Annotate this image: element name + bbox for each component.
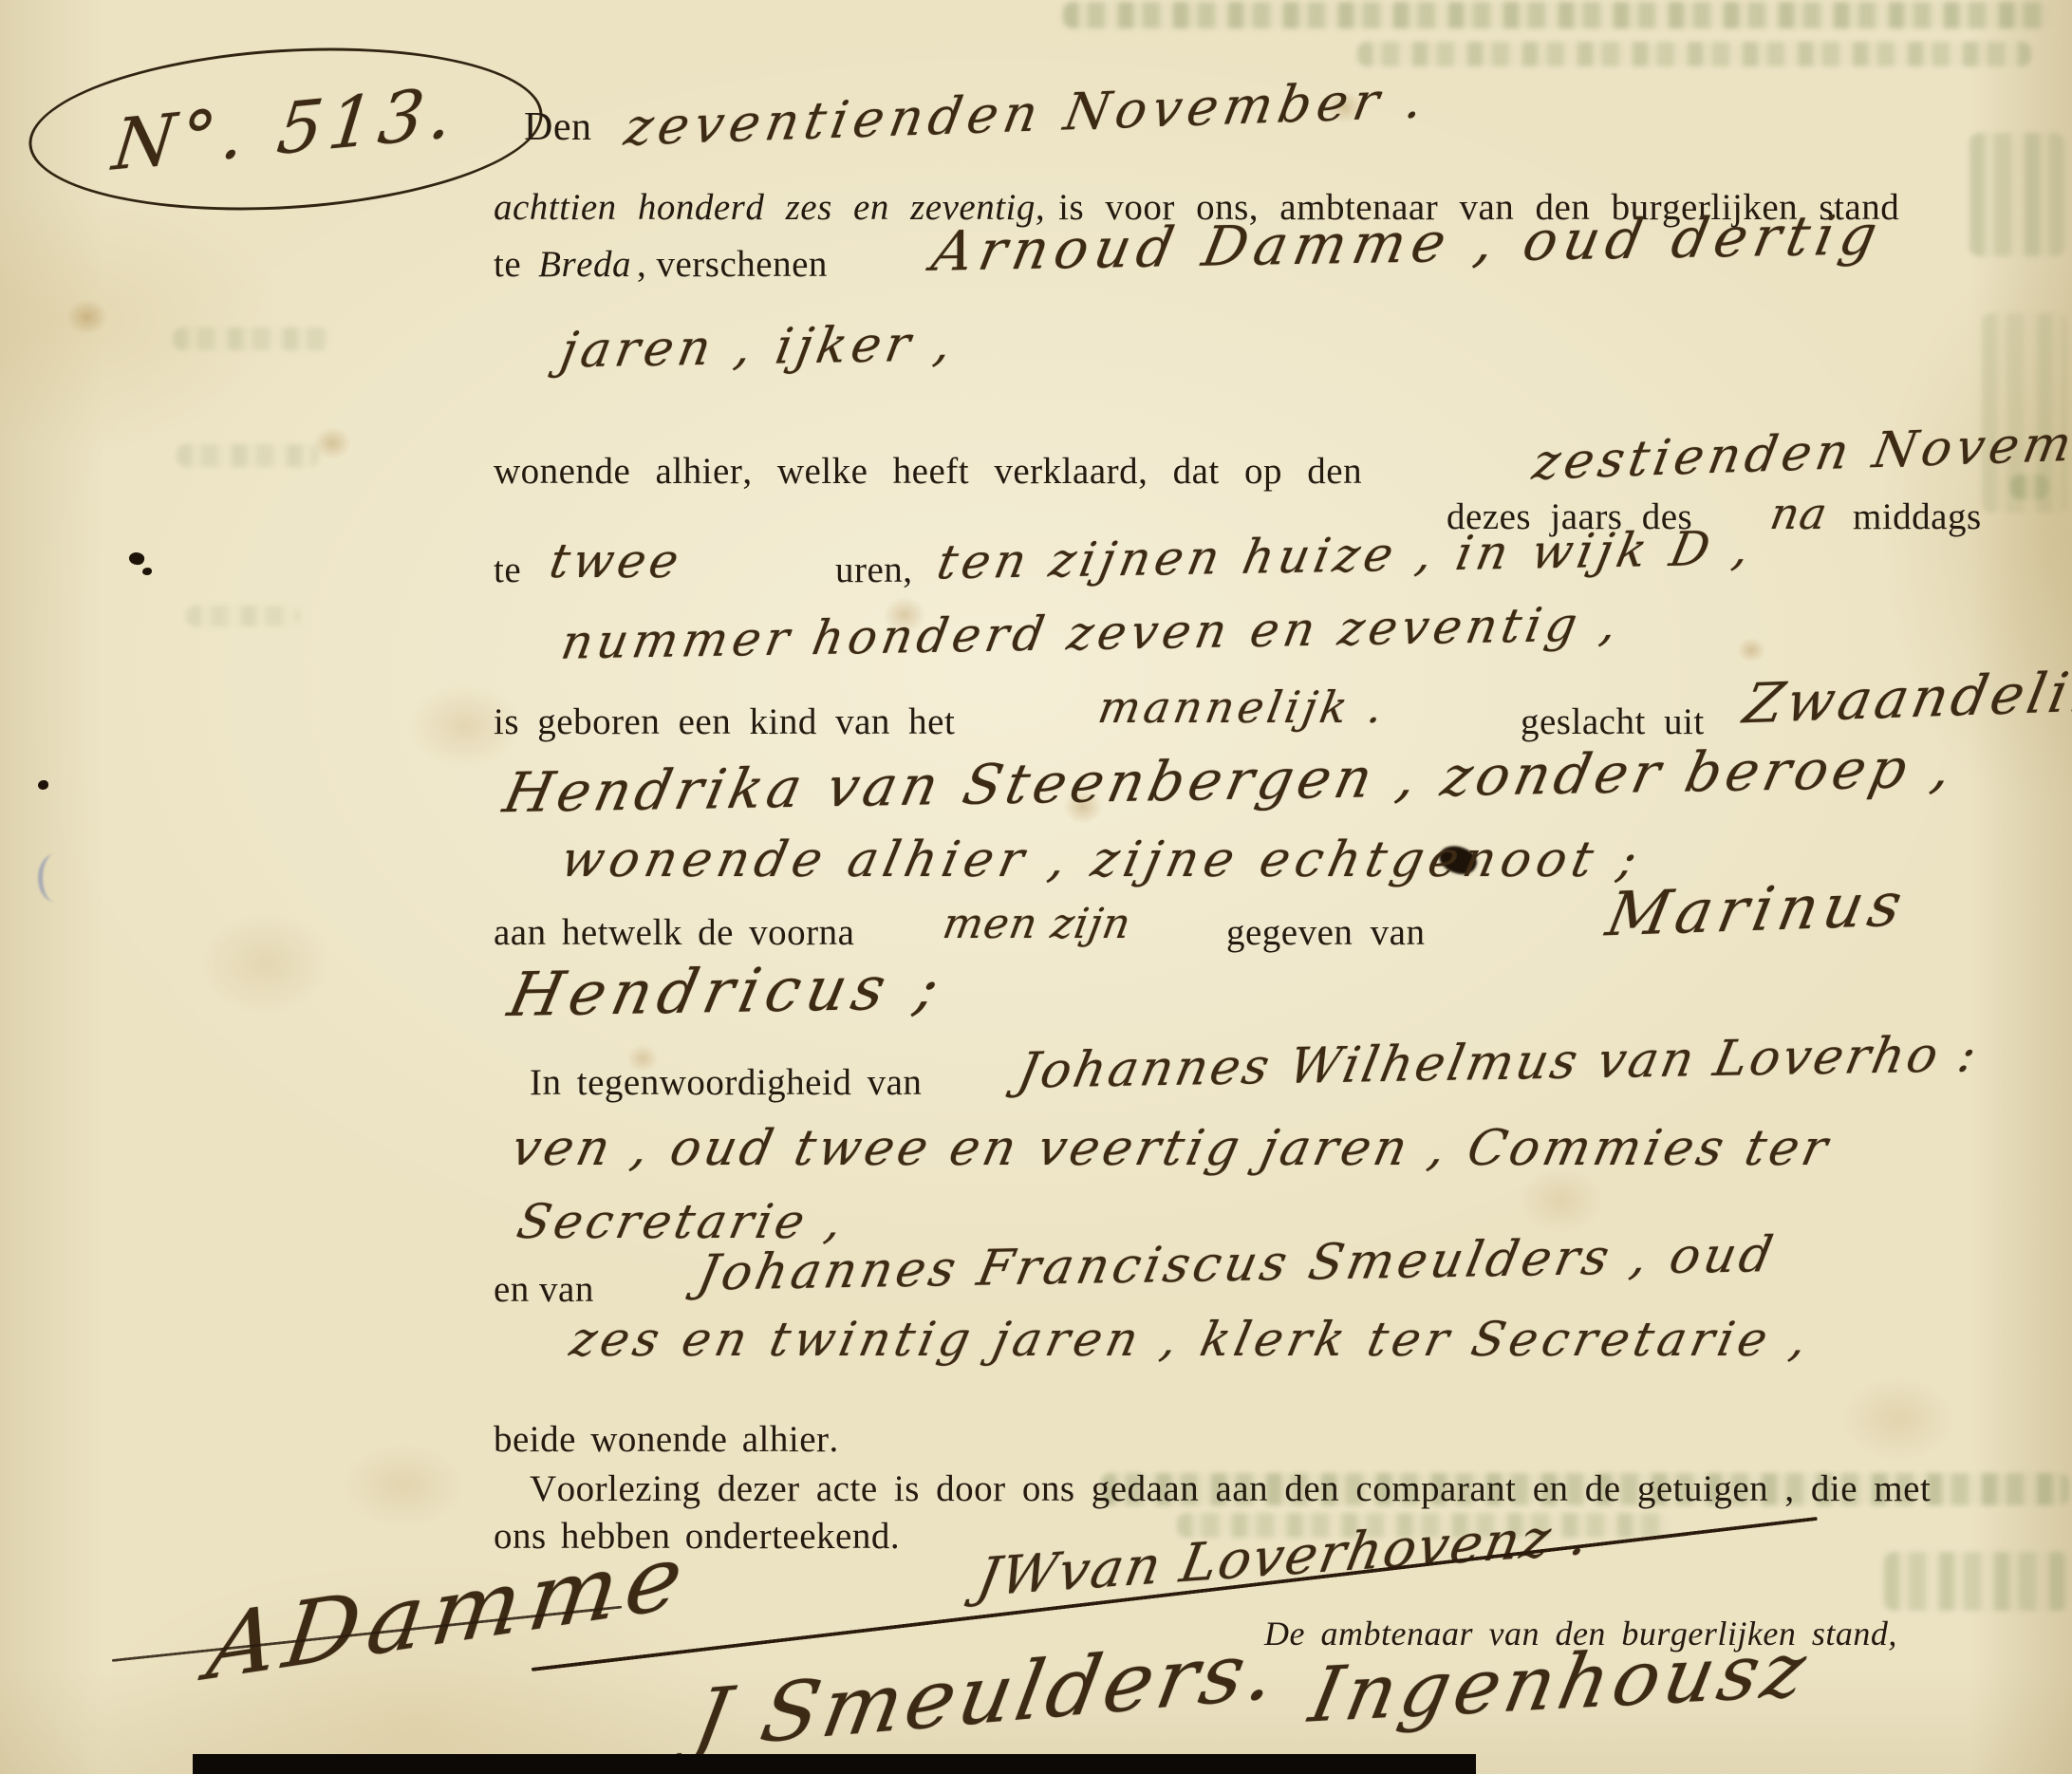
printed-tegenwoordigheid: In tegenwoordigheid van: [530, 1061, 922, 1104]
printed-beide: beide wonende alhier.: [494, 1418, 839, 1461]
printed-kind: is geboren een kind van het: [494, 700, 955, 743]
scan-edge-bar: [193, 1754, 1476, 1774]
bleedthrough-stripe: [1884, 1552, 2069, 1611]
bleedthrough-stripe: [177, 444, 319, 467]
act-number-oval: N°. 513.: [24, 34, 547, 225]
handwritten-mother-name: Hendrika van Steenbergen , zonder beroep…: [498, 736, 1963, 826]
paper-stain: [1737, 638, 1765, 663]
handwritten-witness1-office: Secretarie ,: [513, 1194, 851, 1249]
paper-stain: [342, 1443, 465, 1528]
ink-speck: [142, 568, 152, 575]
bleedthrough-stripe: [1063, 2, 2050, 28]
printed-breda: Breda: [538, 244, 631, 285]
ink-speck: [38, 780, 48, 790]
paper-stain: [1841, 1376, 1955, 1462]
handwritten-witness2-age: zes en twintig jaren , klerk ter Secreta…: [566, 1312, 1817, 1367]
bleedthrough-stripe: [1357, 42, 2031, 66]
printed-te2: te: [494, 549, 521, 591]
birth-certificate-scan: N°. 513. Den zeventienden November . ach…: [0, 0, 2072, 1774]
handwritten-declarant-occupation: jaren , ijker ,: [556, 315, 961, 379]
signature-witness2: J Smeulders.: [686, 1623, 1286, 1767]
printed-voorlezing-1: Voorlezing dezer acte is door ons gedaan…: [530, 1467, 1931, 1510]
paper-stain: [313, 427, 351, 459]
printed-verschenen: , verschenen: [637, 244, 828, 285]
bleedthrough-stripe: [186, 606, 300, 626]
printed-middags: middags: [1853, 495, 1982, 538]
handwritten-birthdate: zestienden November: [1528, 412, 2072, 491]
handwritten-child-secondname: Hendricus ;: [502, 953, 951, 1031]
handwritten-date: zeventienden November .: [621, 69, 1434, 157]
printed-uren: uren,: [835, 549, 913, 591]
act-number: N°. 513.: [109, 71, 463, 187]
bleedthrough-mark: [2010, 475, 2048, 499]
printed-en-van: en van: [494, 1268, 594, 1311]
handwritten-mother-residence: wonende alhier , zijne echtgenoot ;: [556, 831, 1648, 888]
handwritten-child-firstname: Marinus: [1601, 870, 1913, 951]
handwritten-witness1-name: Johannes Wilhelmus van Loverho :: [1013, 1026, 1984, 1100]
blue-pencil-mark: [38, 854, 71, 902]
printed-voorna: aan hetwelk de voorna: [494, 911, 854, 954]
handwritten-gender: mannelijk .: [1094, 682, 1391, 733]
handwritten-hour: twee: [546, 533, 686, 588]
handwritten-witness2-name: Johannes Franciscus Smeulders , oud: [693, 1226, 1781, 1302]
bleedthrough-stripe: [1982, 313, 2067, 513]
bleedthrough-stripe: [173, 327, 329, 350]
ink-speck: [127, 551, 145, 567]
printed-den: Den: [524, 104, 591, 150]
handwritten-men-zijn: men zijn: [940, 900, 1135, 948]
printed-te: te: [494, 244, 521, 285]
printed-gegeven-van: gegeven van: [1226, 911, 1426, 954]
paper-stain: [1519, 1167, 1604, 1234]
printed-verklaard: wonende alhier, welke heeft verklaard, d…: [494, 450, 1362, 493]
handwritten-housenumber: nummer honderd zeven en zeventig ,: [557, 596, 1626, 669]
printed-geslacht-uit: geslacht uit: [1521, 700, 1705, 743]
handwritten-witness1-age: ven , oud twee en veertig jaren , Commie…: [507, 1120, 1837, 1177]
signature-declarant: ADamme: [202, 1522, 697, 1700]
handwritten-na: na: [1766, 488, 1832, 539]
paper-stain: [199, 911, 332, 1016]
handwritten-house: ten zijnen huize , in wijk D ,: [933, 521, 1759, 590]
paper-stain: [66, 299, 108, 335]
handwritten-mother-firstname: Zwaandelina: [1739, 658, 2072, 737]
